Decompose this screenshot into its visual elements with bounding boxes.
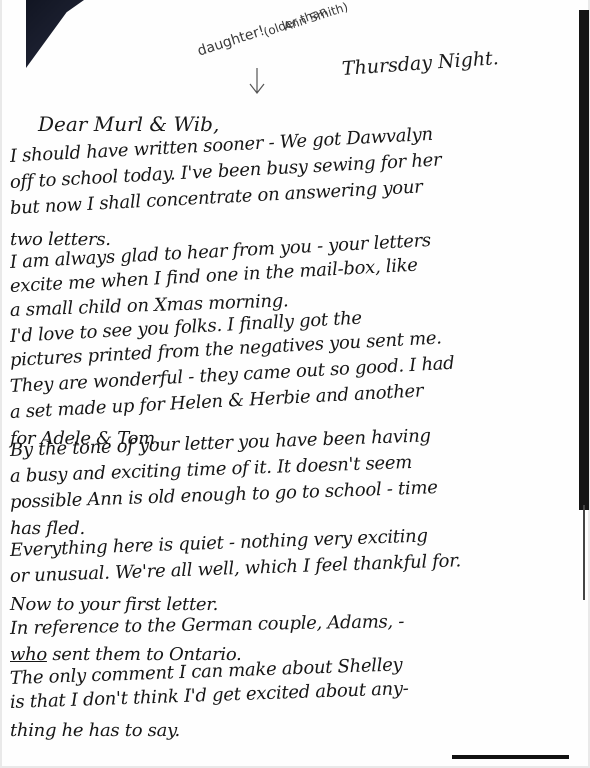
annotation-daughter: daughter! bbox=[196, 23, 267, 60]
dateline: Thursday Night. bbox=[341, 47, 499, 80]
scan-corner-shadow bbox=[26, 0, 84, 68]
letter-line: thing he has to say. bbox=[10, 716, 570, 746]
underlined-word: who bbox=[10, 644, 47, 665]
annotation-ann-smith: Ann Smith) bbox=[282, 0, 350, 34]
letter-page: daughter! (older than Ann Smith) Thursda… bbox=[2, 0, 588, 766]
arrow-down-icon bbox=[247, 66, 267, 96]
scan-edge-line bbox=[583, 505, 585, 600]
bottom-rule bbox=[452, 755, 569, 759]
scan-edge-bar bbox=[579, 10, 589, 510]
